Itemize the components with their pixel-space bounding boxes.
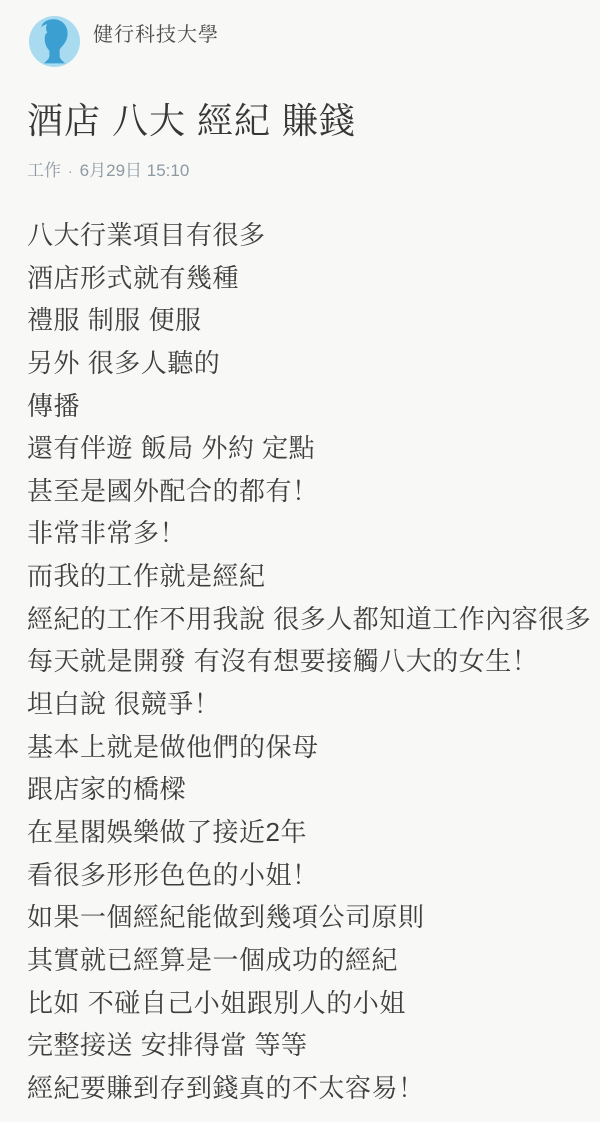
school-name: 健行科技大學 [93, 22, 219, 48]
body-line: 基本上就是做他們的保母 [27, 726, 580, 769]
body-line: 還有伴遊 飯局 外約 定點 [27, 427, 580, 470]
body-line: 甚至是國外配合的都有！ [27, 470, 580, 513]
post-header: 健行科技大學 [27, 0, 580, 67]
body-line: 經紀的工作不用我說 很多人都知道工作內容很多 [27, 598, 580, 641]
person-silhouette-icon [29, 16, 80, 67]
body-line: 跟店家的橋樑 [27, 768, 580, 811]
body-line: 每天就是開發 有沒有想要接觸八大的女生！ [27, 640, 580, 683]
body-line: 酒店形式就有幾種 [27, 257, 580, 300]
body-line: 完整接送 安排得當 等等 [27, 1024, 580, 1067]
body-line: 比如 不碰自己小姐跟別人的小姐 [27, 982, 580, 1025]
post-card: 健行科技大學 酒店 八大 經紀 賺錢 工作 · 6月29日 15:10 八大行業… [0, 0, 600, 1122]
body-line: 非常非常多！ [27, 512, 580, 555]
post-category[interactable]: 工作 [27, 160, 61, 182]
body-line: 而我的工作就是經紀 [27, 555, 580, 598]
body-line: 另外 很多人聽的 [27, 342, 580, 385]
body-line: 經紀要賺到存到錢真的不太容易！ [27, 1067, 580, 1110]
body-line: 如果一個經紀能做到幾項公司原則 [27, 896, 580, 939]
body-line: 其實就已經算是一個成功的經紀 [27, 939, 580, 982]
meta-separator-dot: · [68, 160, 73, 182]
body-line: 傳播 [27, 385, 580, 428]
post-meta: 工作 · 6月29日 15:10 [27, 160, 580, 182]
body-line: 在星閣娛樂做了接近2年 [27, 811, 580, 854]
body-line: 八大行業項目有很多 [27, 214, 580, 257]
body-line: 坦白說 很競爭！ [27, 683, 580, 726]
post-datetime: 6月29日 15:10 [80, 160, 190, 182]
post-body: 八大行業項目有很多酒店形式就有幾種禮服 制服 便服另外 很多人聽的傳播還有伴遊 … [27, 214, 580, 1109]
body-line: 看很多形形色色的小姐！ [27, 854, 580, 897]
body-line: 禮服 制服 便服 [27, 299, 580, 342]
post-title: 酒店 八大 經紀 賺錢 [27, 99, 580, 143]
avatar [29, 16, 80, 67]
